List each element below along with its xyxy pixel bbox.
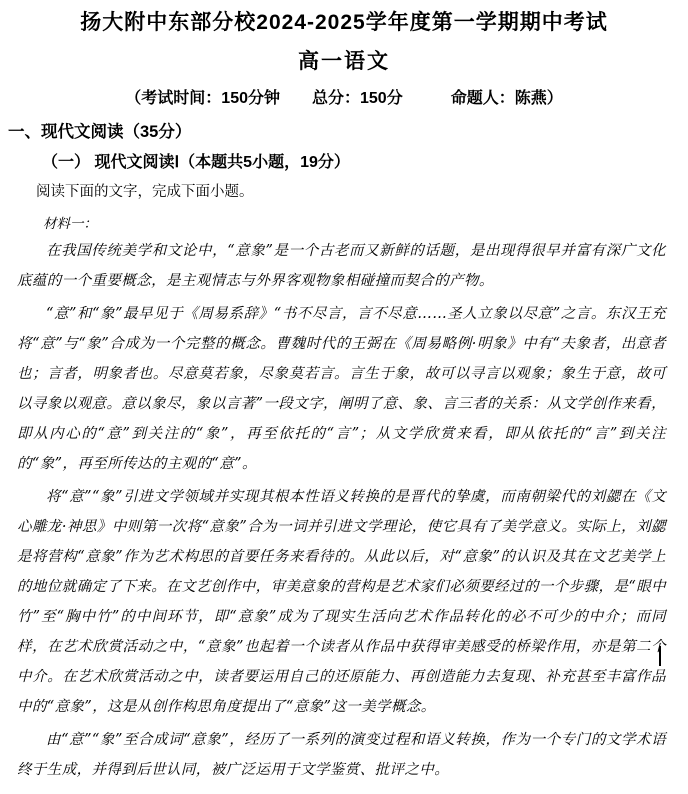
material-paragraph: “意”和“象”最早见于《周易系辞》“书不尽言，言不尽意……圣人立象以尽意”之言。…: [17, 299, 666, 479]
exam-subject: 高一语文: [0, 49, 688, 75]
material-paragraph: 将“意”“象”引进文学领域并实现其根本性语义转换的是晋代的挚虞，而南朝梁代的刘勰…: [17, 482, 666, 722]
exam-title: 扬大附中东部分校2024-2025学年度第一学期期中考试: [0, 9, 688, 36]
document-page[interactable]: 扬大附中东部分校2024-2025学年度第一学期期中考试 高一语文 （考试时间：…: [0, 0, 688, 794]
section-heading-modern-reading: 一、现代文阅读（35分）: [8, 122, 688, 143]
material-paragraph: 在我国传统美学和文论中，“意象”是一个古老而又新鲜的话题，是出现得很早并富有深广…: [17, 236, 666, 296]
subsection-heading-reading-one: （一） 现代文阅读Ⅰ（本题共5小题，19分）: [42, 152, 688, 174]
material-one-label: 材料一：: [43, 215, 688, 233]
text-cursor-caret: [659, 646, 661, 666]
reading-instruction: 阅读下面的文字，完成下面小题。: [36, 183, 688, 202]
exam-meta-info: （考试时间：150分钟 总分：150分 命题人：陈燕）: [0, 89, 688, 109]
material-paragraph: 由“意”“象”至合成词“意象”，经历了一系列的演变过程和语义转换，作为一个专门的…: [17, 725, 666, 785]
material-one-body: 在我国传统美学和文论中，“意象”是一个古老而又新鲜的话题，是出现得很早并富有深广…: [17, 236, 666, 785]
